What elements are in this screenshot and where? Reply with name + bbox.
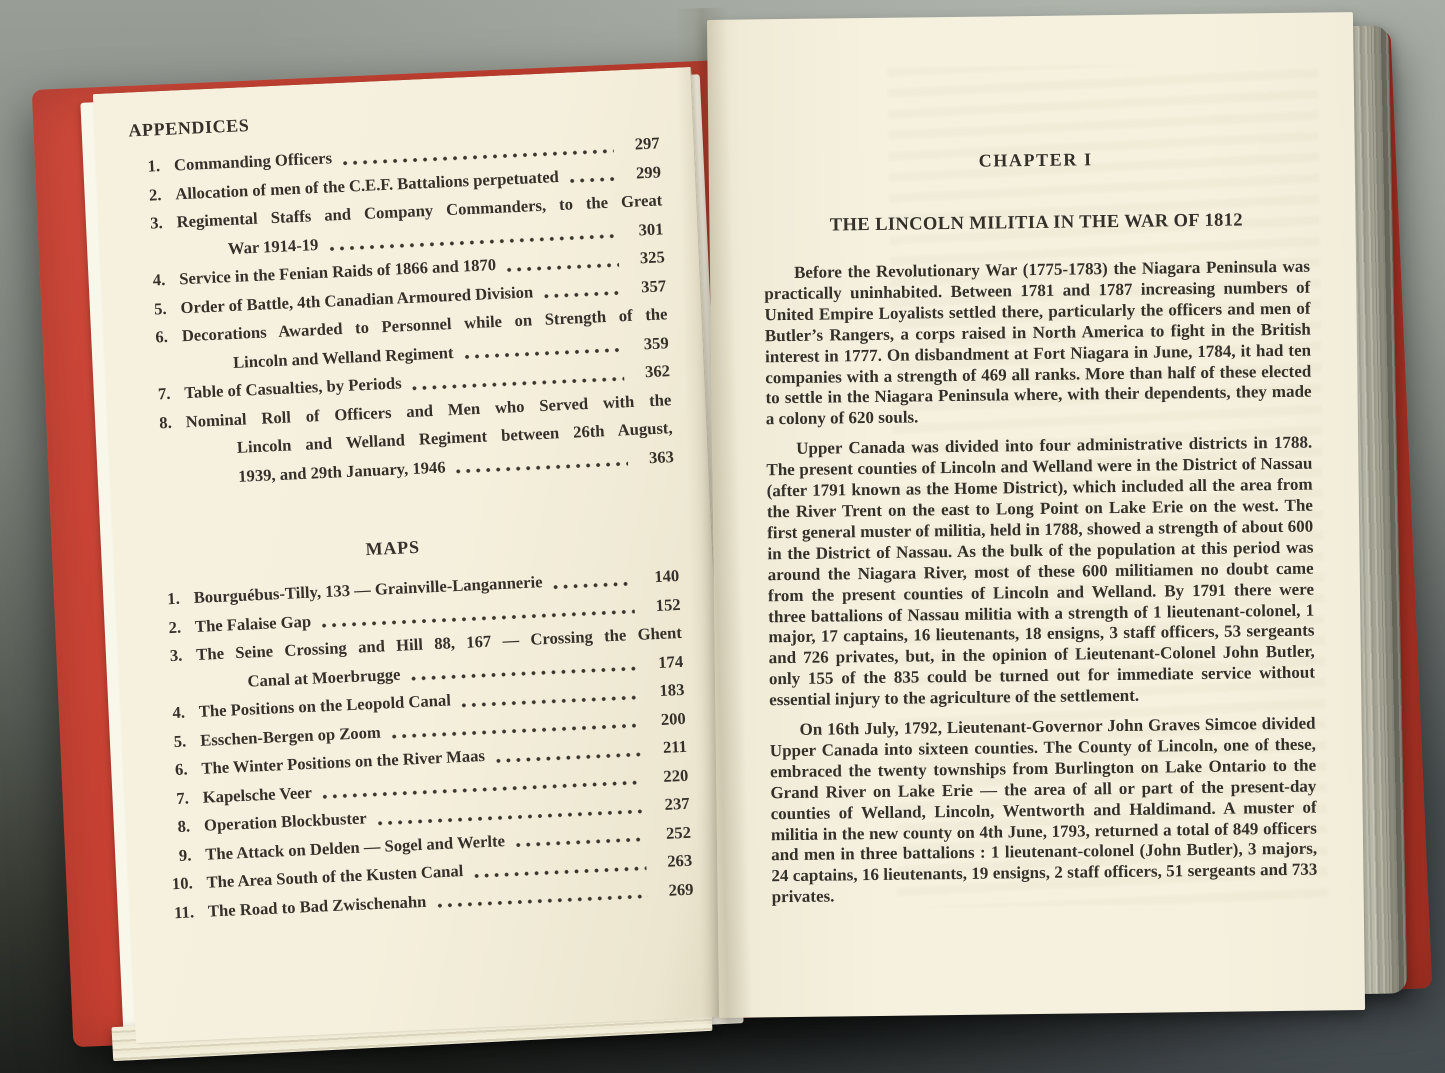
maps-list: 1.Bourguébus-Tilly, 133 — Grainville-Lan… [149,562,694,928]
toc-page-number: 363 [633,443,674,473]
dot-leader [515,836,645,849]
toc-entry-number: 8. [141,408,172,438]
dot-leader [543,289,620,299]
toc-entry-number: 1. [129,152,160,182]
toc-page-number: 140 [639,562,680,592]
toc-entry-text: War 1914-19 [227,231,319,264]
toc-page-number: 252 [650,818,691,848]
dot-leader [436,893,648,910]
toc-entry-number: 11. [163,898,194,928]
toc-page-number: 325 [624,243,665,273]
body-paragraph: Upper Canada was divided into four admin… [766,433,1315,711]
toc-entry-number: 2. [131,181,162,211]
toc-entry-number: 6. [157,755,188,785]
toc-page-number: 174 [643,647,684,677]
toc-page-number: 299 [620,158,661,188]
body-paragraph: On 16th July, 1792, Lieutenant-Governor … [769,714,1317,909]
appendices-list: 1.Commanding Officers2972.Allocation of … [129,129,674,495]
toc-page-number: 362 [629,357,670,387]
toc-page-number: 269 [653,875,694,905]
dot-leader [569,175,615,184]
toc-entry-number: 8. [159,812,190,842]
toc-page-number: 152 [640,590,681,620]
dot-leader [553,580,634,591]
toc-entry-number: 7. [158,784,189,814]
toc-page-number: 220 [648,761,689,791]
toc-entry-number: 7. [140,380,171,410]
toc-page-number: 237 [649,790,690,820]
toc-page-number: 183 [644,676,685,706]
chapter-body: Before the Revolutionary War (1775-1783)… [764,257,1318,909]
toc-page-number: 263 [652,847,693,877]
table-of-contents: APPENDICES 1.Commanding Officers2972.All… [93,67,728,929]
toc-page-number: 357 [625,272,666,302]
toc-entry-number: 1. [149,585,180,615]
toc-page-number: 211 [646,733,687,763]
toc-entry-number: 2. [150,613,181,643]
photo-background: APPENDICES 1.Commanding Officers2972.All… [0,0,1445,1073]
toc-entry-number: 5. [156,727,187,757]
chapter-content: CHAPTER I THE LINCOLN MILITIA IN THE WAR… [707,12,1364,909]
maps-heading: MAPS [147,527,637,570]
toc-entry-number: 9. [161,841,192,871]
toc-page-number: 359 [628,329,669,359]
toc-entry-number [145,494,175,495]
toc-entry-number: 4. [154,699,185,729]
dot-leader [463,346,623,360]
toc-page-number: 200 [645,704,686,734]
dot-leader [473,864,646,879]
toc-entry-number: 3. [152,642,183,672]
toc-entry-number: 10. [162,869,193,899]
toc-entry-number: 6. [137,323,168,353]
chapter-label: CHAPTER I [763,147,1309,175]
toc-page-number: 297 [619,129,660,159]
chapter-title: THE LINCOLN MILITIA IN THE WAR OF 1812 [763,210,1309,238]
dot-leader [461,693,639,708]
dot-leader [506,261,619,273]
toc-page-number: 301 [623,215,664,245]
right-page: CHAPTER I THE LINCOLN MILITIA IN THE WAR… [707,12,1365,1018]
dot-leader [495,750,642,764]
toc-entry-number: 4. [135,266,166,296]
toc-entry-number: 3. [132,209,163,239]
body-paragraph: Before the Revolutionary War (1775-1783)… [764,257,1312,431]
toc-entry-number: 5. [136,294,167,324]
dot-leader [456,460,629,475]
left-page: APPENDICES 1.Commanding Officers2972.All… [93,67,734,1043]
